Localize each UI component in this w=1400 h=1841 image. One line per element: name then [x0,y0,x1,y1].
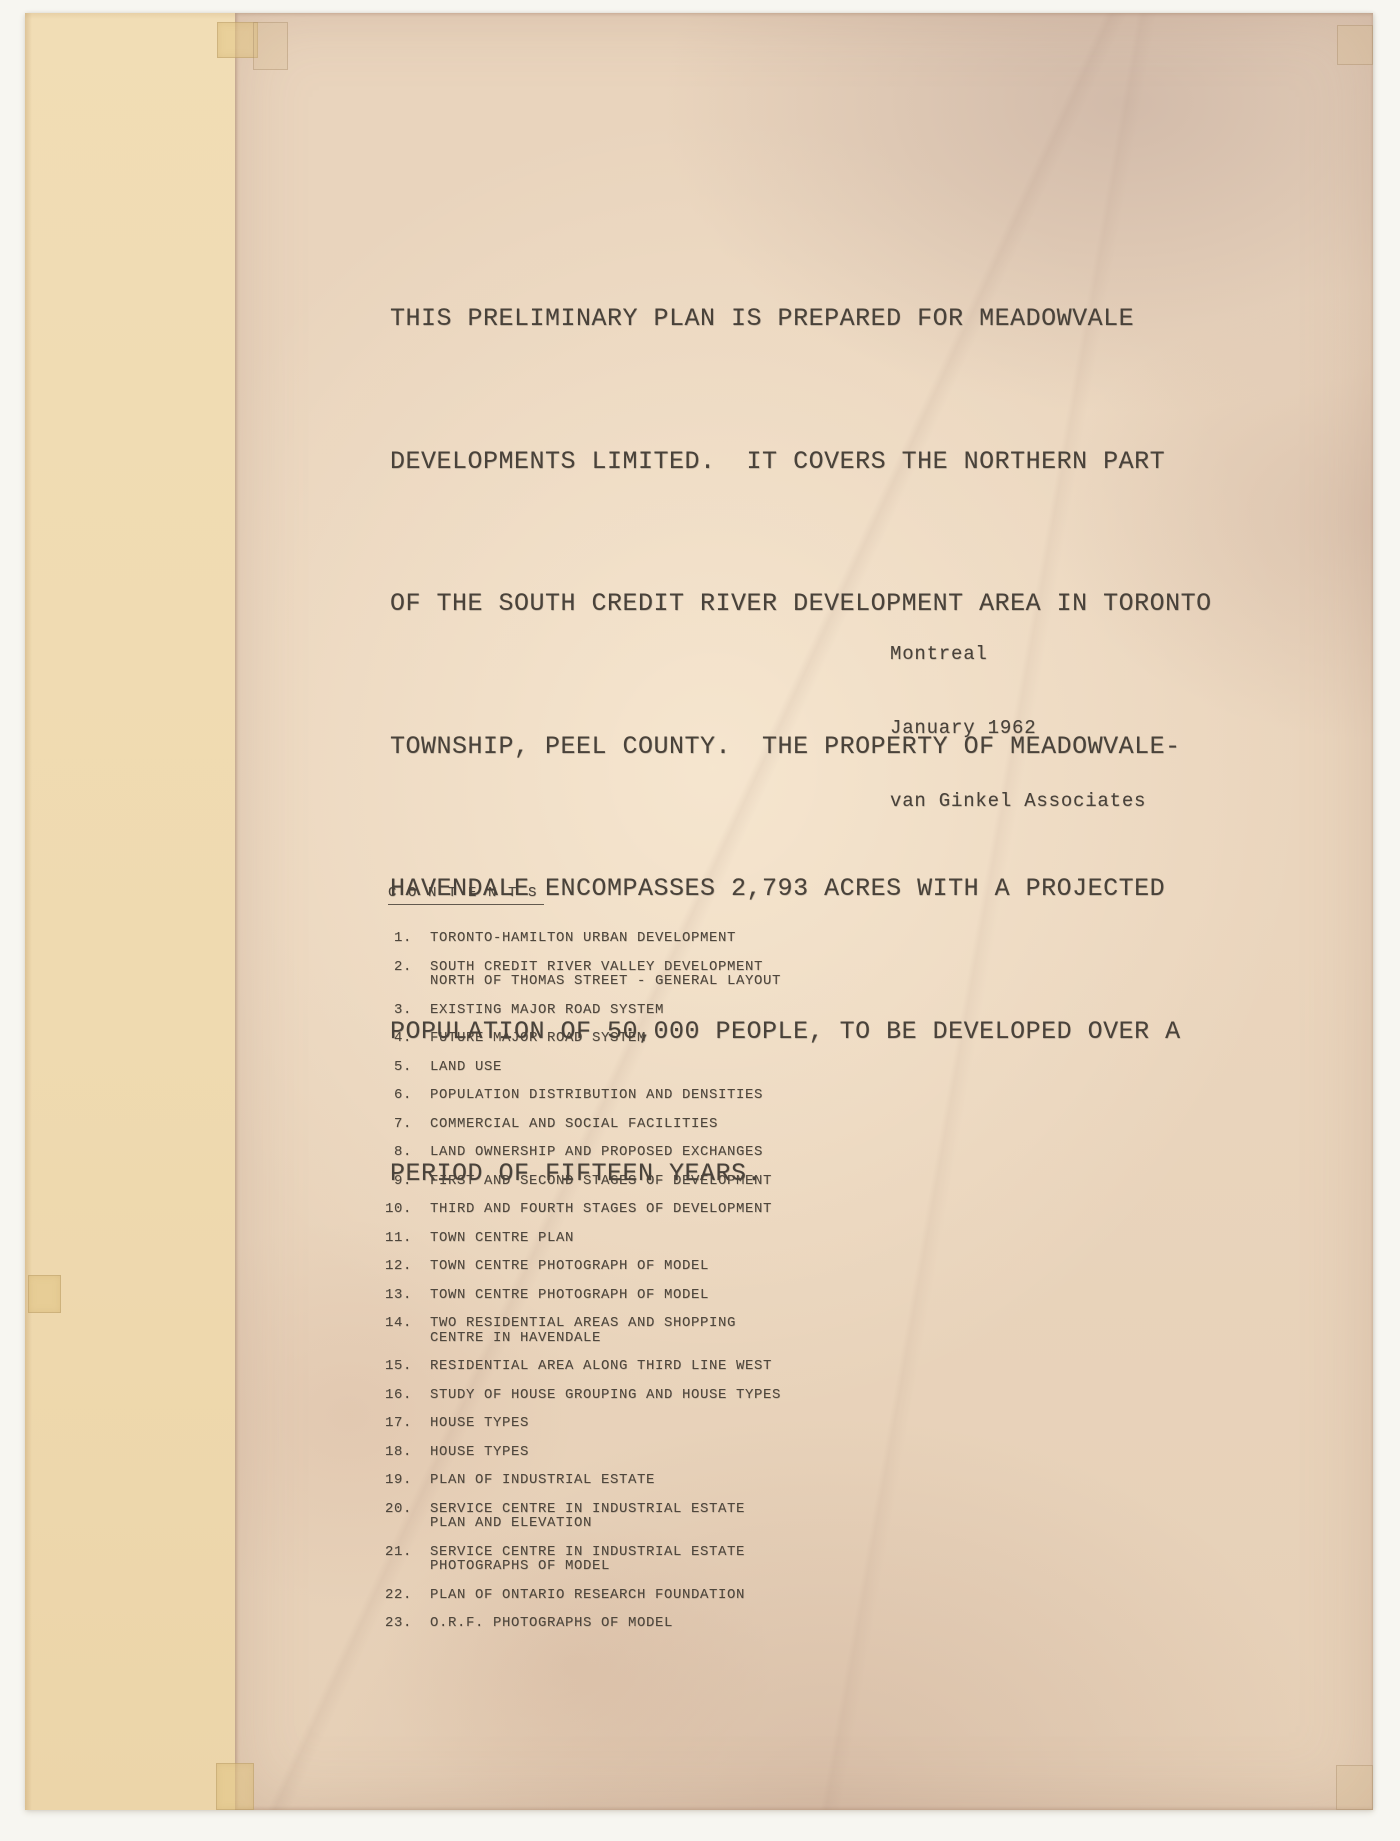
contents-item-number: 14. [370,1316,412,1345]
contents-item: 3. EXISTING MAJOR ROAD SYSTEM [370,1003,781,1018]
contents-item: 19. PLAN OF INDUSTRIAL ESTATE [370,1473,781,1488]
contents-item: 14. TWO RESIDENTIAL AREAS AND SHOPPING C… [370,1316,781,1345]
contents-item-label: POPULATION DISTRIBUTION AND DENSITIES [430,1088,763,1103]
contents-item-label: SERVICE CENTRE IN INDUSTRIAL ESTATE PLAN… [430,1502,745,1531]
contents-item-label: TORONTO-HAMILTON URBAN DEVELOPMENT [430,931,736,946]
contents-item-number: 11. [370,1231,412,1246]
contents-item: 2. SOUTH CREDIT RIVER VALLEY DEVELOPMENT… [370,960,781,989]
contents-item-label: RESIDENTIAL AREA ALONG THIRD LINE WEST [430,1359,772,1374]
signature-city: Montreal [890,642,1146,667]
contents-item: 10. THIRD AND FOURTH STAGES OF DEVELOPME… [370,1202,781,1217]
contents-item-number: 5. [370,1060,412,1075]
contents-item-label: COMMERCIAL AND SOCIAL FACILITIES [430,1117,718,1132]
tape-bottom-right [1336,1765,1373,1810]
contents-item-number: 15. [370,1359,412,1374]
backing-sheet: THIS PRELIMINARY PLAN IS PREPARED FOR ME… [25,13,1373,1810]
contents-item-label: LAND OWNERSHIP AND PROPOSED EXCHANGES [430,1145,763,1160]
contents-item-label: TWO RESIDENTIAL AREAS AND SHOPPING CENTR… [430,1316,736,1345]
contents-item-number: 10. [370,1202,412,1217]
contents-item: 7. COMMERCIAL AND SOCIAL FACILITIES [370,1117,781,1132]
contents-item: 15. RESIDENTIAL AREA ALONG THIRD LINE WE… [370,1359,781,1374]
contents-item-number: 22. [370,1588,412,1603]
contents-item-label: SOUTH CREDIT RIVER VALLEY DEVELOPMENT NO… [430,960,781,989]
contents-item-label: PLAN OF ONTARIO RESEARCH FOUNDATION [430,1588,745,1603]
signature-firm: van Ginkel Associates [890,789,1146,814]
contents-item-label: HOUSE TYPES [430,1416,529,1431]
contents-item: 6. POPULATION DISTRIBUTION AND DENSITIES [370,1088,781,1103]
contents-item-label: LAND USE [430,1060,502,1075]
contents-item-number: 13. [370,1288,412,1303]
contents-item-number: 4. [370,1031,412,1046]
intro-line: THIS PRELIMINARY PLAN IS PREPARED FOR ME… [390,295,1212,343]
contents-item: 18. HOUSE TYPES [370,1445,781,1460]
tape-top-right [1337,25,1373,65]
contents-item-number: 21. [370,1545,412,1574]
contents-item-number: 8. [370,1145,412,1160]
contents-item-number: 9. [370,1174,412,1189]
contents-item: 16. STUDY OF HOUSE GROUPING AND HOUSE TY… [370,1388,781,1403]
contents-item-number: 1. [370,931,412,946]
contents-item-label: STUDY OF HOUSE GROUPING AND HOUSE TYPES [430,1388,781,1403]
contents-list: 1. TORONTO-HAMILTON URBAN DEVELOPMENT 2.… [370,931,781,1645]
contents-item: 4. FUTURE MAJOR ROAD SYSTEM [370,1031,781,1046]
contents-item-label: EXISTING MAJOR ROAD SYSTEM [430,1003,664,1018]
contents-item: 12. TOWN CENTRE PHOTOGRAPH OF MODEL [370,1259,781,1274]
signature-block: Montreal January 1962 van Ginkel Associa… [890,593,1146,863]
contents-item-label: TOWN CENTRE PHOTOGRAPH OF MODEL [430,1288,709,1303]
contents-item: 1. TORONTO-HAMILTON URBAN DEVELOPMENT [370,931,781,946]
contents-item: 9. FIRST AND SECOND STAGES OF DEVELOPMEN… [370,1174,781,1189]
contents-item-number: 17. [370,1416,412,1431]
contents-item: 22. PLAN OF ONTARIO RESEARCH FOUNDATION [370,1588,781,1603]
contents-item: 17. HOUSE TYPES [370,1416,781,1431]
tape-bottom-seam [216,1763,254,1810]
contents-item-number: 12. [370,1259,412,1274]
contents-heading: C O N T E N T S [388,885,544,905]
contents-item: 23. O.R.F. PHOTOGRAPHS OF MODEL [370,1616,781,1631]
contents-item-label: TOWN CENTRE PLAN [430,1231,574,1246]
intro-line: DEVELOPMENTS LIMITED. IT COVERS THE NORT… [390,438,1212,486]
contents-item-label: FUTURE MAJOR ROAD SYSTEM [430,1031,646,1046]
contents-item: 8. LAND OWNERSHIP AND PROPOSED EXCHANGES [370,1145,781,1160]
contents-item-number: 18. [370,1445,412,1460]
contents-item-label: THIRD AND FOURTH STAGES OF DEVELOPMENT [430,1202,772,1217]
contents-item: 11. TOWN CENTRE PLAN [370,1231,781,1246]
contents-item-number: 6. [370,1088,412,1103]
contents-item-number: 7. [370,1117,412,1132]
contents-item: 13. TOWN CENTRE PHOTOGRAPH OF MODEL [370,1288,781,1303]
tape-top-seam-overlap [253,22,288,70]
contents-item: 5. LAND USE [370,1060,781,1075]
contents-item-number: 2. [370,960,412,989]
contents-item-number: 16. [370,1388,412,1403]
contents-item-label: PLAN OF INDUSTRIAL ESTATE [430,1473,655,1488]
contents-item-label: SERVICE CENTRE IN INDUSTRIAL ESTATE PHOT… [430,1545,745,1574]
contents-item-label: FIRST AND SECOND STAGES OF DEVELOPMENT [430,1174,772,1189]
contents-item-number: 20. [370,1502,412,1531]
contents-item-label: TOWN CENTRE PHOTOGRAPH OF MODEL [430,1259,709,1274]
contents-item: 20. SERVICE CENTRE IN INDUSTRIAL ESTATE … [370,1502,781,1531]
contents-item-number: 23. [370,1616,412,1631]
contents-item-label: O.R.F. PHOTOGRAPHS OF MODEL [430,1616,673,1631]
contents-item-label: HOUSE TYPES [430,1445,529,1460]
contents-item: 21. SERVICE CENTRE IN INDUSTRIAL ESTATE … [370,1545,781,1574]
signature-date: January 1962 [890,716,1146,741]
scanned-document: THIS PRELIMINARY PLAN IS PREPARED FOR ME… [0,0,1400,1841]
tape-top-seam [217,22,258,58]
tape-left-edge [28,1275,61,1313]
contents-item-number: 19. [370,1473,412,1488]
contents-item-number: 3. [370,1003,412,1018]
